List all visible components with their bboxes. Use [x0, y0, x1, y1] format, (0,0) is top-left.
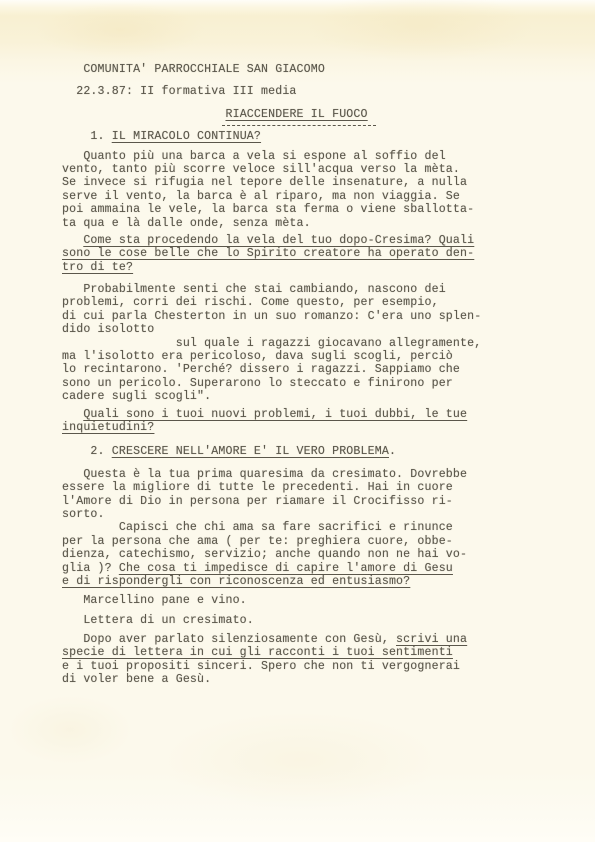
text-line: Capisci che chi ama sa fare sacrifici e …: [62, 521, 481, 534]
text-segment: Lettera di un cresimato.: [62, 614, 254, 627]
text-segment: [62, 108, 225, 121]
text-segment: serve il vento, la barca è al riparo, ma…: [62, 190, 460, 203]
text-line: cadere sugli scogli".: [62, 390, 481, 403]
text-segment: ta qua e là dalle onde, senza mèta.: [62, 217, 311, 230]
text-segment: Se invece si rifugia nel tepore delle in…: [62, 176, 467, 189]
text-line: e di rispondergli con riconoscenza ed en…: [62, 575, 481, 588]
text-line: Dopo aver parlato silenziosamente con Ge…: [62, 633, 481, 646]
text-line: 22.3.87: II formativa III media: [62, 85, 481, 98]
text-segment: Dopo aver parlato silenziosamente con Ge…: [62, 633, 396, 646]
text-segment: di cui parla Chesterton in un suo romanz…: [62, 310, 481, 323]
text-line: di cui parla Chesterton in un suo romanz…: [62, 310, 481, 323]
underlined-text: Come sta procedendo la vela del tuo dopo…: [83, 234, 474, 247]
text-line: 2. CRESCERE NELL'AMORE E' IL VERO PROBLE…: [62, 445, 481, 458]
text-segment: dienza, catechismo, servizio; anche quan…: [62, 548, 467, 561]
text-line: dido isolotto: [62, 323, 481, 336]
text-line: vento, tanto più scorre veloce sill'acqu…: [62, 163, 481, 176]
text-segment: e i tuoi propositi sinceri. Spero che no…: [62, 660, 460, 673]
text-line: Lettera di un cresimato.: [62, 614, 481, 627]
text-line: Questa è la tua prima quaresima da cresi…: [62, 468, 481, 481]
underlined-text: CRESCERE NELL'AMORE E' IL VERO PROBLEMA: [112, 445, 389, 458]
document-lines: COMUNITA' PARROCCHIALE SAN GIACOMO 22.3.…: [62, 63, 481, 687]
text-segment: 2.: [62, 445, 112, 458]
text-line: Quanto più una barca a vela si espone al…: [62, 150, 481, 163]
underlined-text: Che cosa ti impedisce di capire l'amore …: [119, 562, 453, 575]
text-line: di voler bene a Gesù.: [62, 673, 481, 686]
text-line: sorto.: [62, 508, 481, 521]
text-segment: COMUNITA' PARROCCHIALE SAN GIACOMO: [62, 63, 325, 76]
text-line: Probabilmente senti che stai cambiando, …: [62, 283, 481, 296]
text-segment: essere la migliore di tutte le precedent…: [62, 481, 453, 494]
text-line: tro di te?: [62, 261, 481, 274]
text-segment: problemi, corri dei rischi. Come questo,…: [62, 296, 439, 309]
paragraph-gap: [62, 459, 63, 468]
paragraph-gap: [62, 99, 63, 108]
text-segment: cadere sugli scogli".: [62, 390, 211, 403]
text-line: Marcellino pane e vino.: [62, 594, 481, 607]
underlined-text: specie di lettera in cui gli racconti i …: [62, 646, 453, 659]
text-line: Come sta procedendo la vela del tuo dopo…: [62, 234, 481, 247]
text-segment: 1.: [62, 130, 112, 143]
text-segment: ma l'isolotto era pericoloso, dava sugli…: [62, 350, 453, 363]
text-line: e i tuoi propositi sinceri. Spero che no…: [62, 660, 481, 673]
text-line: RIACCENDERE IL FUOCO: [62, 108, 481, 121]
underlined-text: tro di te?: [62, 261, 133, 274]
text-segment: sono un pericolo. Superarono lo steccato…: [62, 377, 453, 390]
text-segment: di voler bene a Gesù.: [62, 673, 211, 686]
paragraph-gap: [62, 434, 63, 445]
text-segment: Questa è la tua prima quaresima da cresi…: [62, 468, 467, 481]
text-line: problemi, corri dei rischi. Come questo,…: [62, 296, 481, 309]
text-line: 1. IL MIRACOLO CONTINUA?: [62, 130, 481, 143]
text-segment: [62, 234, 83, 247]
text-segment: vento, tanto più scorre veloce sill'acqu…: [62, 163, 460, 176]
text-line: lo recintarono. 'Perché? dissero i ragaz…: [62, 363, 481, 376]
text-line: sono le cose belle che lo Spirito creato…: [62, 247, 481, 260]
paragraph-gap: [62, 274, 63, 283]
text-line: dienza, catechismo, servizio; anche quan…: [62, 548, 481, 561]
text-line: ma l'isolotto era pericoloso, dava sugli…: [62, 350, 481, 363]
underlined-text: inquietudini?: [62, 421, 154, 434]
text-segment: sorto.: [62, 508, 105, 521]
text-segment: Quanto più una barca a vela si espone al…: [62, 150, 446, 163]
text-line: sul quale i ragazzi giocavano allegramen…: [62, 337, 481, 350]
text-line: COMUNITA' PARROCCHIALE SAN GIACOMO: [62, 63, 481, 76]
text-segment: glia )?: [62, 562, 119, 575]
text-segment: dido isolotto: [62, 323, 154, 336]
text-segment: lo recintarono. 'Perché? dissero i ragaz…: [62, 363, 460, 376]
text-line: essere la migliore di tutte le precedent…: [62, 481, 481, 494]
text-line: inquietudini?: [62, 421, 481, 434]
text-line: per la persona che ama ( per te: preghie…: [62, 535, 481, 548]
underlined-text: sono le cose belle che lo Spirito creato…: [62, 247, 474, 260]
text-segment: Probabilmente senti che stai cambiando, …: [62, 283, 446, 296]
scanned-paper: COMUNITA' PARROCCHIALE SAN GIACOMO 22.3.…: [0, 0, 595, 842]
text-line: sono un pericolo. Superarono lo steccato…: [62, 377, 481, 390]
text-line: specie di lettera in cui gli racconti i …: [62, 646, 481, 659]
underlined-text: IL MIRACOLO CONTINUA?: [112, 130, 261, 143]
text-segment: Capisci che chi ama sa fare sacrifici e …: [62, 521, 453, 534]
text-segment: .: [389, 445, 396, 458]
text-line: Quali sono i tuoi nuovi problemi, i tuoi…: [62, 408, 481, 421]
text-line: ta qua e là dalle onde, senza mèta.: [62, 217, 481, 230]
text-line: glia )? Che cosa ti impedisce di capire …: [62, 562, 481, 575]
text-segment: poi ammaina le vele, la barca sta ferma …: [62, 203, 474, 216]
text-line: Se invece si rifugia nel tepore delle in…: [62, 176, 481, 189]
text-segment: 22.3.87: II formativa III media: [62, 85, 297, 98]
text-segment: sul quale i ragazzi giocavano allegramen…: [62, 337, 481, 350]
text-line: l'Amore di Dio in persona per riamare il…: [62, 495, 481, 508]
text-segment: per la persona che ama ( per te: preghie…: [62, 535, 453, 548]
underlined-text: e di rispondergli con riconoscenza ed en…: [62, 575, 410, 588]
underlined-text: Quali sono i tuoi nuovi problemi, i tuoi…: [83, 408, 467, 421]
text-line: poi ammaina le vele, la barca sta ferma …: [62, 203, 481, 216]
underlined-text: RIACCENDERE IL FUOCO: [225, 108, 367, 121]
text-line: serve il vento, la barca è al riparo, ma…: [62, 190, 481, 203]
paragraph-gap: [62, 121, 63, 130]
text-segment: Marcellino pane e vino.: [62, 594, 247, 607]
text-segment: l'Amore di Dio in persona per riamare il…: [62, 495, 453, 508]
underlined-text: scrivi una: [396, 633, 467, 646]
text-segment: [62, 408, 83, 421]
